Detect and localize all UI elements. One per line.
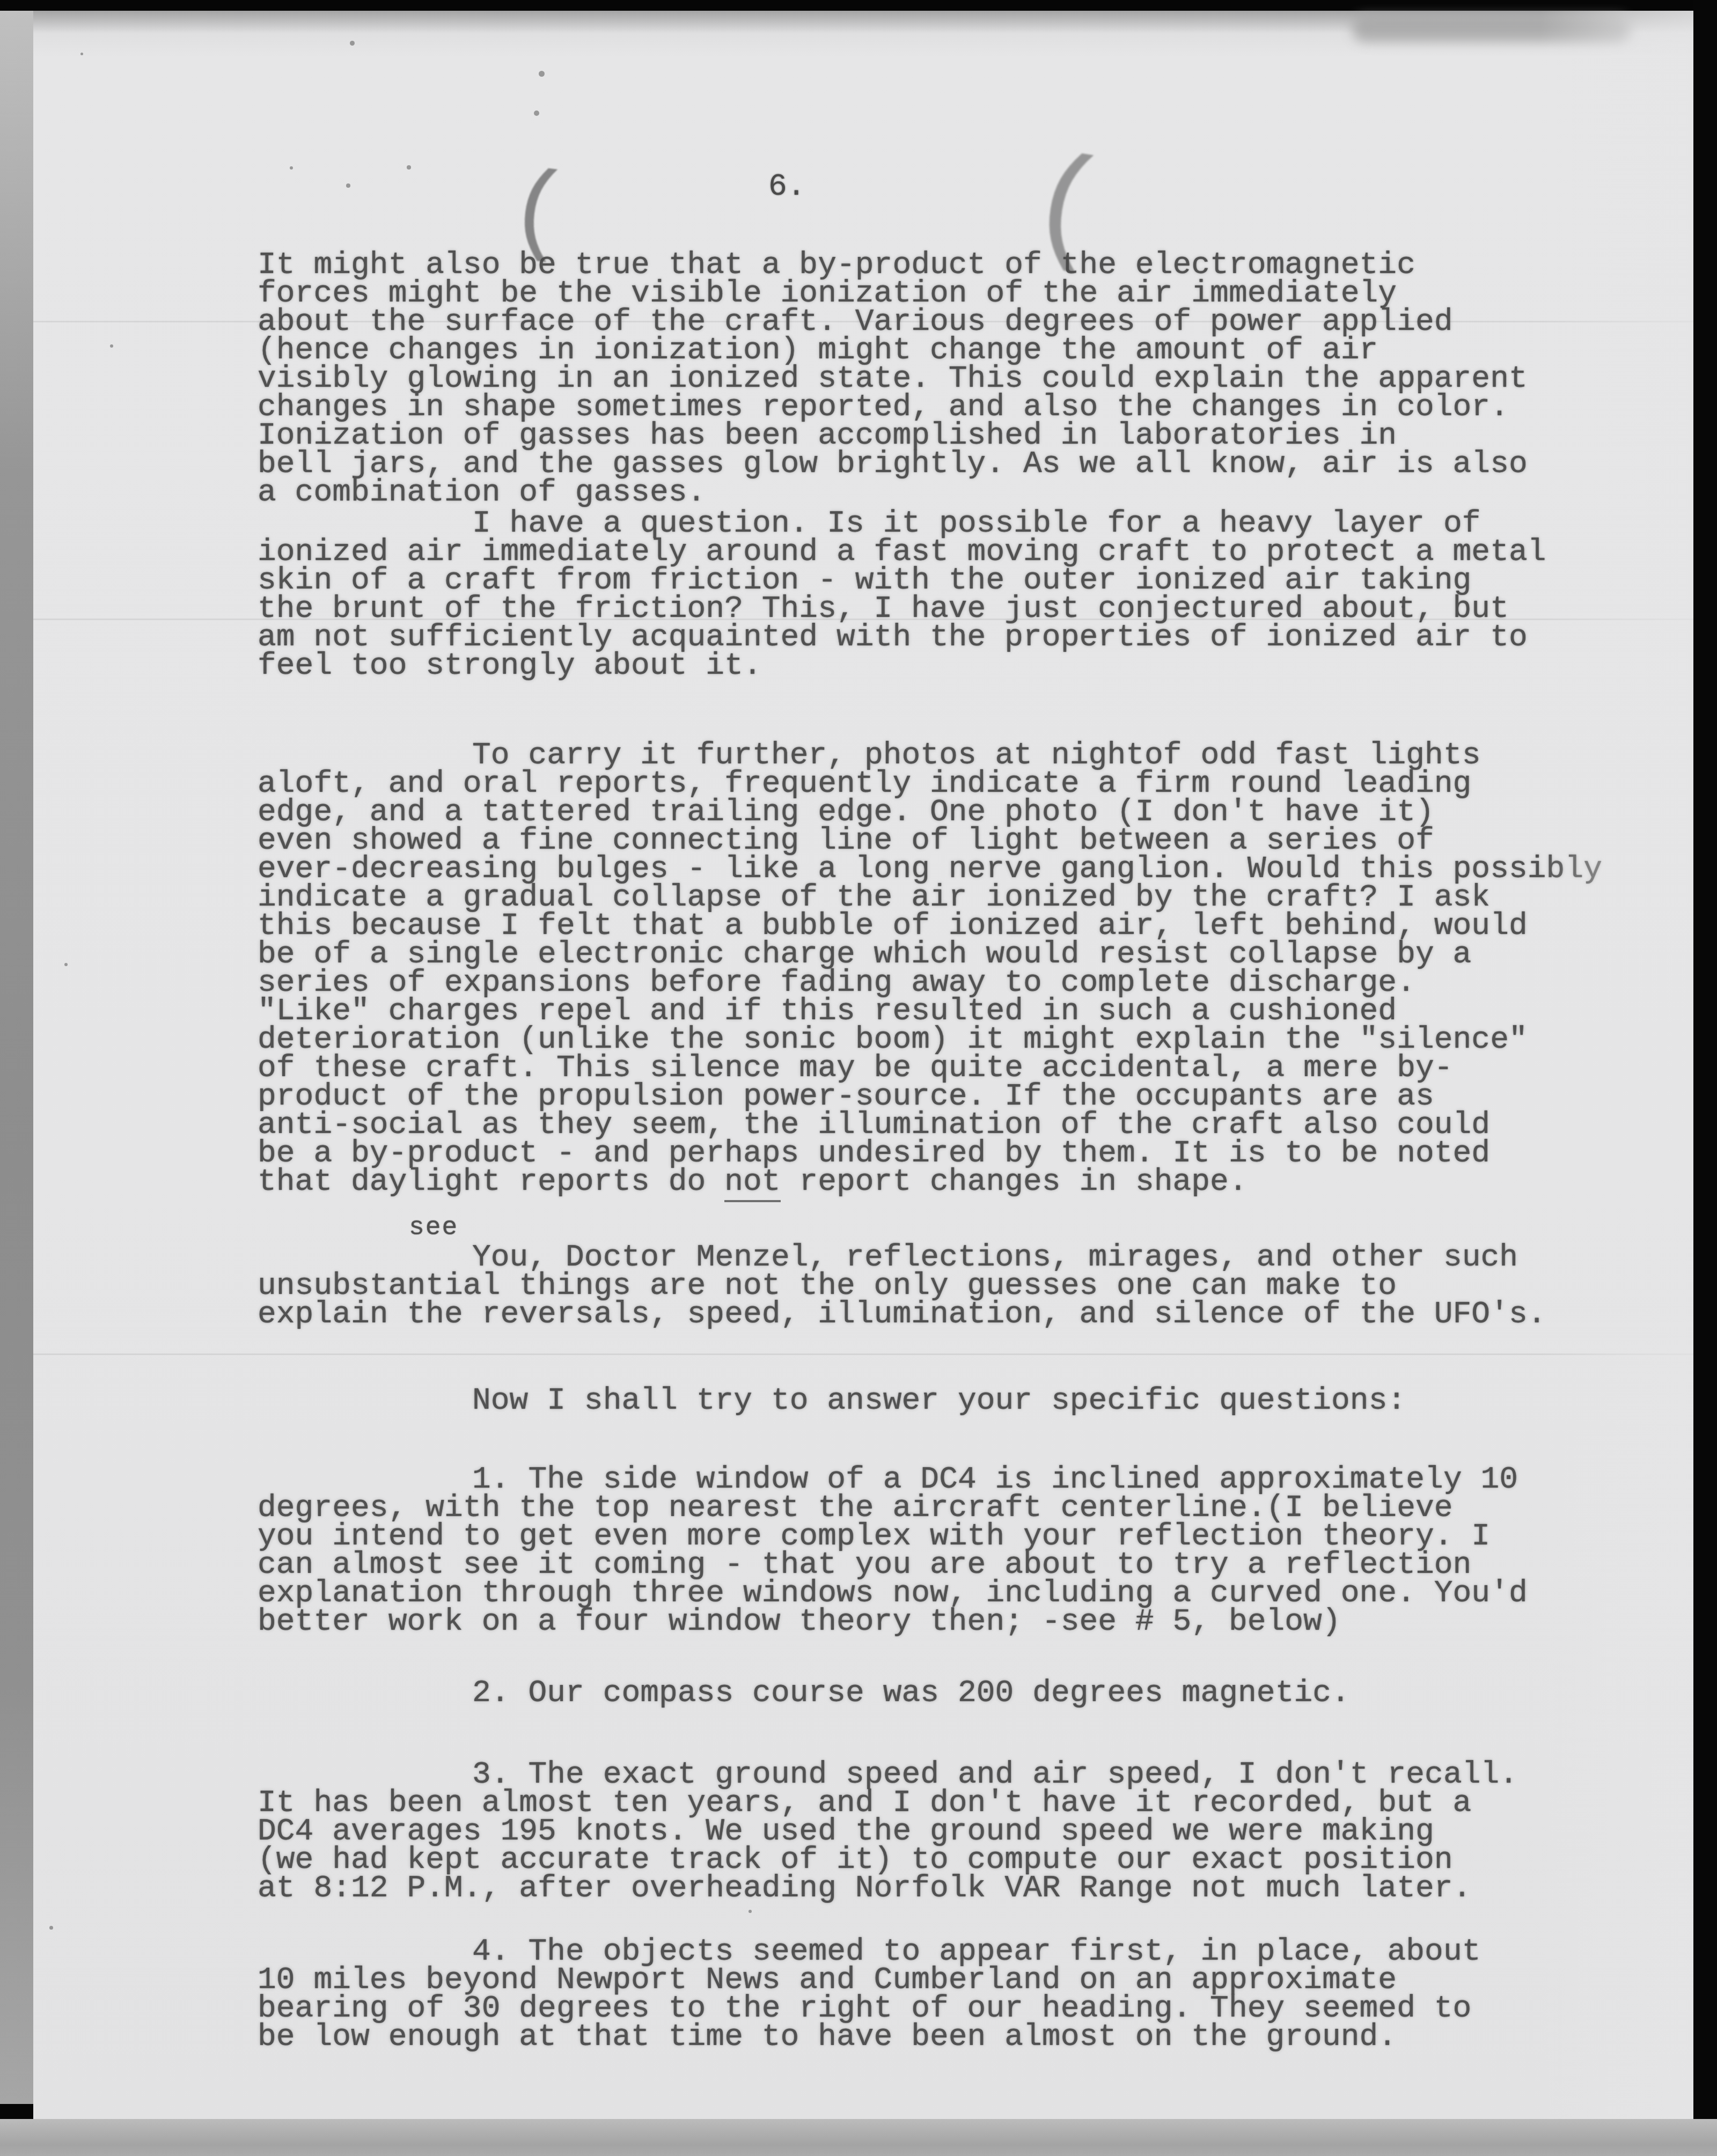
dust-speck [64, 963, 68, 966]
dust-speck [290, 166, 293, 170]
text-line: (hence changes in ionization) might chan… [258, 336, 1696, 365]
text-line: about the surface of the craft. Various … [258, 308, 1696, 336]
text-line: can almost see it coming - that you are … [258, 1551, 1696, 1579]
text-line: 10 miles beyond Newport News and Cumberl… [258, 1966, 1696, 1995]
text-line: anti-social as they seem, the illuminati… [258, 1111, 1696, 1139]
dust-speck [80, 53, 83, 55]
text-line: the brunt of the friction? This, I have … [258, 595, 1696, 623]
text-line: a combination of gasses. [258, 479, 1696, 507]
text-line: am not sufficiently acquainted with the … [258, 623, 1696, 652]
text-line: bearing of 30 degrees to the right of ou… [258, 1995, 1696, 2023]
text-line: "Like" charges repel and if this resulte… [258, 997, 1696, 1026]
typed-fragment-see: see [409, 1213, 458, 1242]
scan-left-margin [0, 11, 33, 2104]
text-line: aloft, and oral reports, frequently indi… [258, 770, 1696, 798]
text-line: explain the reversals, speed, illuminati… [258, 1300, 1696, 1329]
text-line: edge, and a tattered trailing edge. One … [258, 798, 1696, 827]
text-line: feel too strongly about it. [258, 652, 1696, 680]
text-line: forces might be the visible ionization o… [258, 279, 1696, 308]
text-line: be of a single electronic charge which w… [258, 940, 1696, 969]
text-line: 3. The exact ground speed and air speed,… [258, 1761, 1696, 1789]
answer-item-1: 1. The side window of a DC4 is inclined … [258, 1466, 1696, 1636]
text-line: I have a question. Is it possible for a … [258, 510, 1696, 538]
scan-right-margin [1693, 0, 1717, 2119]
text-line: Now I shall try to answer your specific … [258, 1387, 1696, 1415]
answer-item-2: 2. Our compass course was 200 degrees ma… [258, 1679, 1696, 1708]
dust-speck [110, 344, 113, 348]
text-line: product of the propulsion power-source. … [258, 1083, 1696, 1111]
paragraph-1: It might also be true that a by-product … [258, 251, 1696, 507]
text-line: To carry it further, photos at nightof o… [258, 741, 1696, 770]
text-line: skin of a craft from friction - with the… [258, 566, 1696, 595]
dust-speck [350, 41, 355, 46]
text-line: 4. The objects seemed to appear first, i… [258, 1938, 1696, 1966]
text-line: ionized air immediately around a fast mo… [258, 538, 1696, 566]
text-line: 1. The side window of a DC4 is inclined … [258, 1466, 1696, 1494]
text-line: 2. Our compass course was 200 degrees ma… [258, 1679, 1696, 1708]
text-line: degrees, with the top nearest the aircra… [258, 1494, 1696, 1522]
text-line: explanation through three windows now, i… [258, 1579, 1696, 1608]
text-line: even showed a fine connecting line of li… [258, 827, 1696, 855]
paragraph-5: Now I shall try to answer your specific … [258, 1387, 1696, 1415]
text-line: visibly glowing in an ionized state. Thi… [258, 365, 1696, 393]
scan-bottom-edge [0, 2119, 1717, 2156]
dust-speck [49, 1926, 53, 1930]
text-line: you intend to get even more complex with… [258, 1522, 1696, 1551]
scan-smudge [1352, 16, 1631, 42]
dust-speck [749, 1910, 752, 1913]
text-line: series of expansions before fading away … [258, 969, 1696, 997]
text-line: You, Doctor Menzel, reflections, mirages… [258, 1243, 1696, 1272]
text-line: deterioration (unlike the sonic boom) it… [258, 1026, 1696, 1054]
text-line: (we had kept accurate track of it) to co… [258, 1846, 1696, 1874]
dust-speck [539, 71, 545, 77]
answer-item-4: 4. The objects seemed to appear first, i… [258, 1938, 1696, 2051]
text-line: Ionization of gasses has been accomplish… [258, 422, 1696, 450]
text-line: changes in shape sometimes reported, and… [258, 393, 1696, 422]
dust-speck [346, 183, 350, 188]
dust-speck [1402, 605, 1405, 608]
text-line: that daylight reports do not report chan… [258, 1168, 1696, 1196]
paragraph-4: You, Doctor Menzel, reflections, mirages… [258, 1243, 1696, 1329]
text-line: of these craft. This silence may be quit… [258, 1054, 1696, 1083]
scan-artifact-line [33, 1353, 1693, 1355]
text-line: DC4 averages 195 knots. We used the grou… [258, 1817, 1696, 1846]
paragraph-2: I have a question. Is it possible for a … [258, 510, 1696, 680]
text-line: be a by-product - and perhaps undesired … [258, 1139, 1696, 1168]
paragraph-3: To carry it further, photos at nightof o… [258, 741, 1696, 1196]
dust-speck [534, 111, 539, 116]
text-line: better work on a four window theory then… [258, 1608, 1696, 1636]
answer-item-3: 3. The exact ground speed and air speed,… [258, 1761, 1696, 1903]
text-line: indicate a gradual collapse of the air i… [258, 884, 1696, 912]
dust-speck [407, 165, 411, 170]
text-line: be low enough at that time to have been … [258, 2023, 1696, 2051]
text-line: ever-decreasing bulges - like a long ner… [258, 855, 1696, 884]
text-line: at 8:12 P.M., after overheading Norfolk … [258, 1874, 1696, 1903]
text-line: this because I felt that a bubble of ion… [258, 912, 1696, 940]
page-number: 6. [768, 170, 806, 204]
text-line: bell jars, and the gasses glow brightly.… [258, 450, 1696, 479]
text-line: It might also be true that a by-product … [258, 251, 1696, 279]
text-line: It has been almost ten years, and I don'… [258, 1789, 1696, 1817]
text-line: unsubstantial things are not the only gu… [258, 1272, 1696, 1300]
scanned-document-page: ( 6. ( see It might also be true that a … [0, 0, 1717, 2156]
